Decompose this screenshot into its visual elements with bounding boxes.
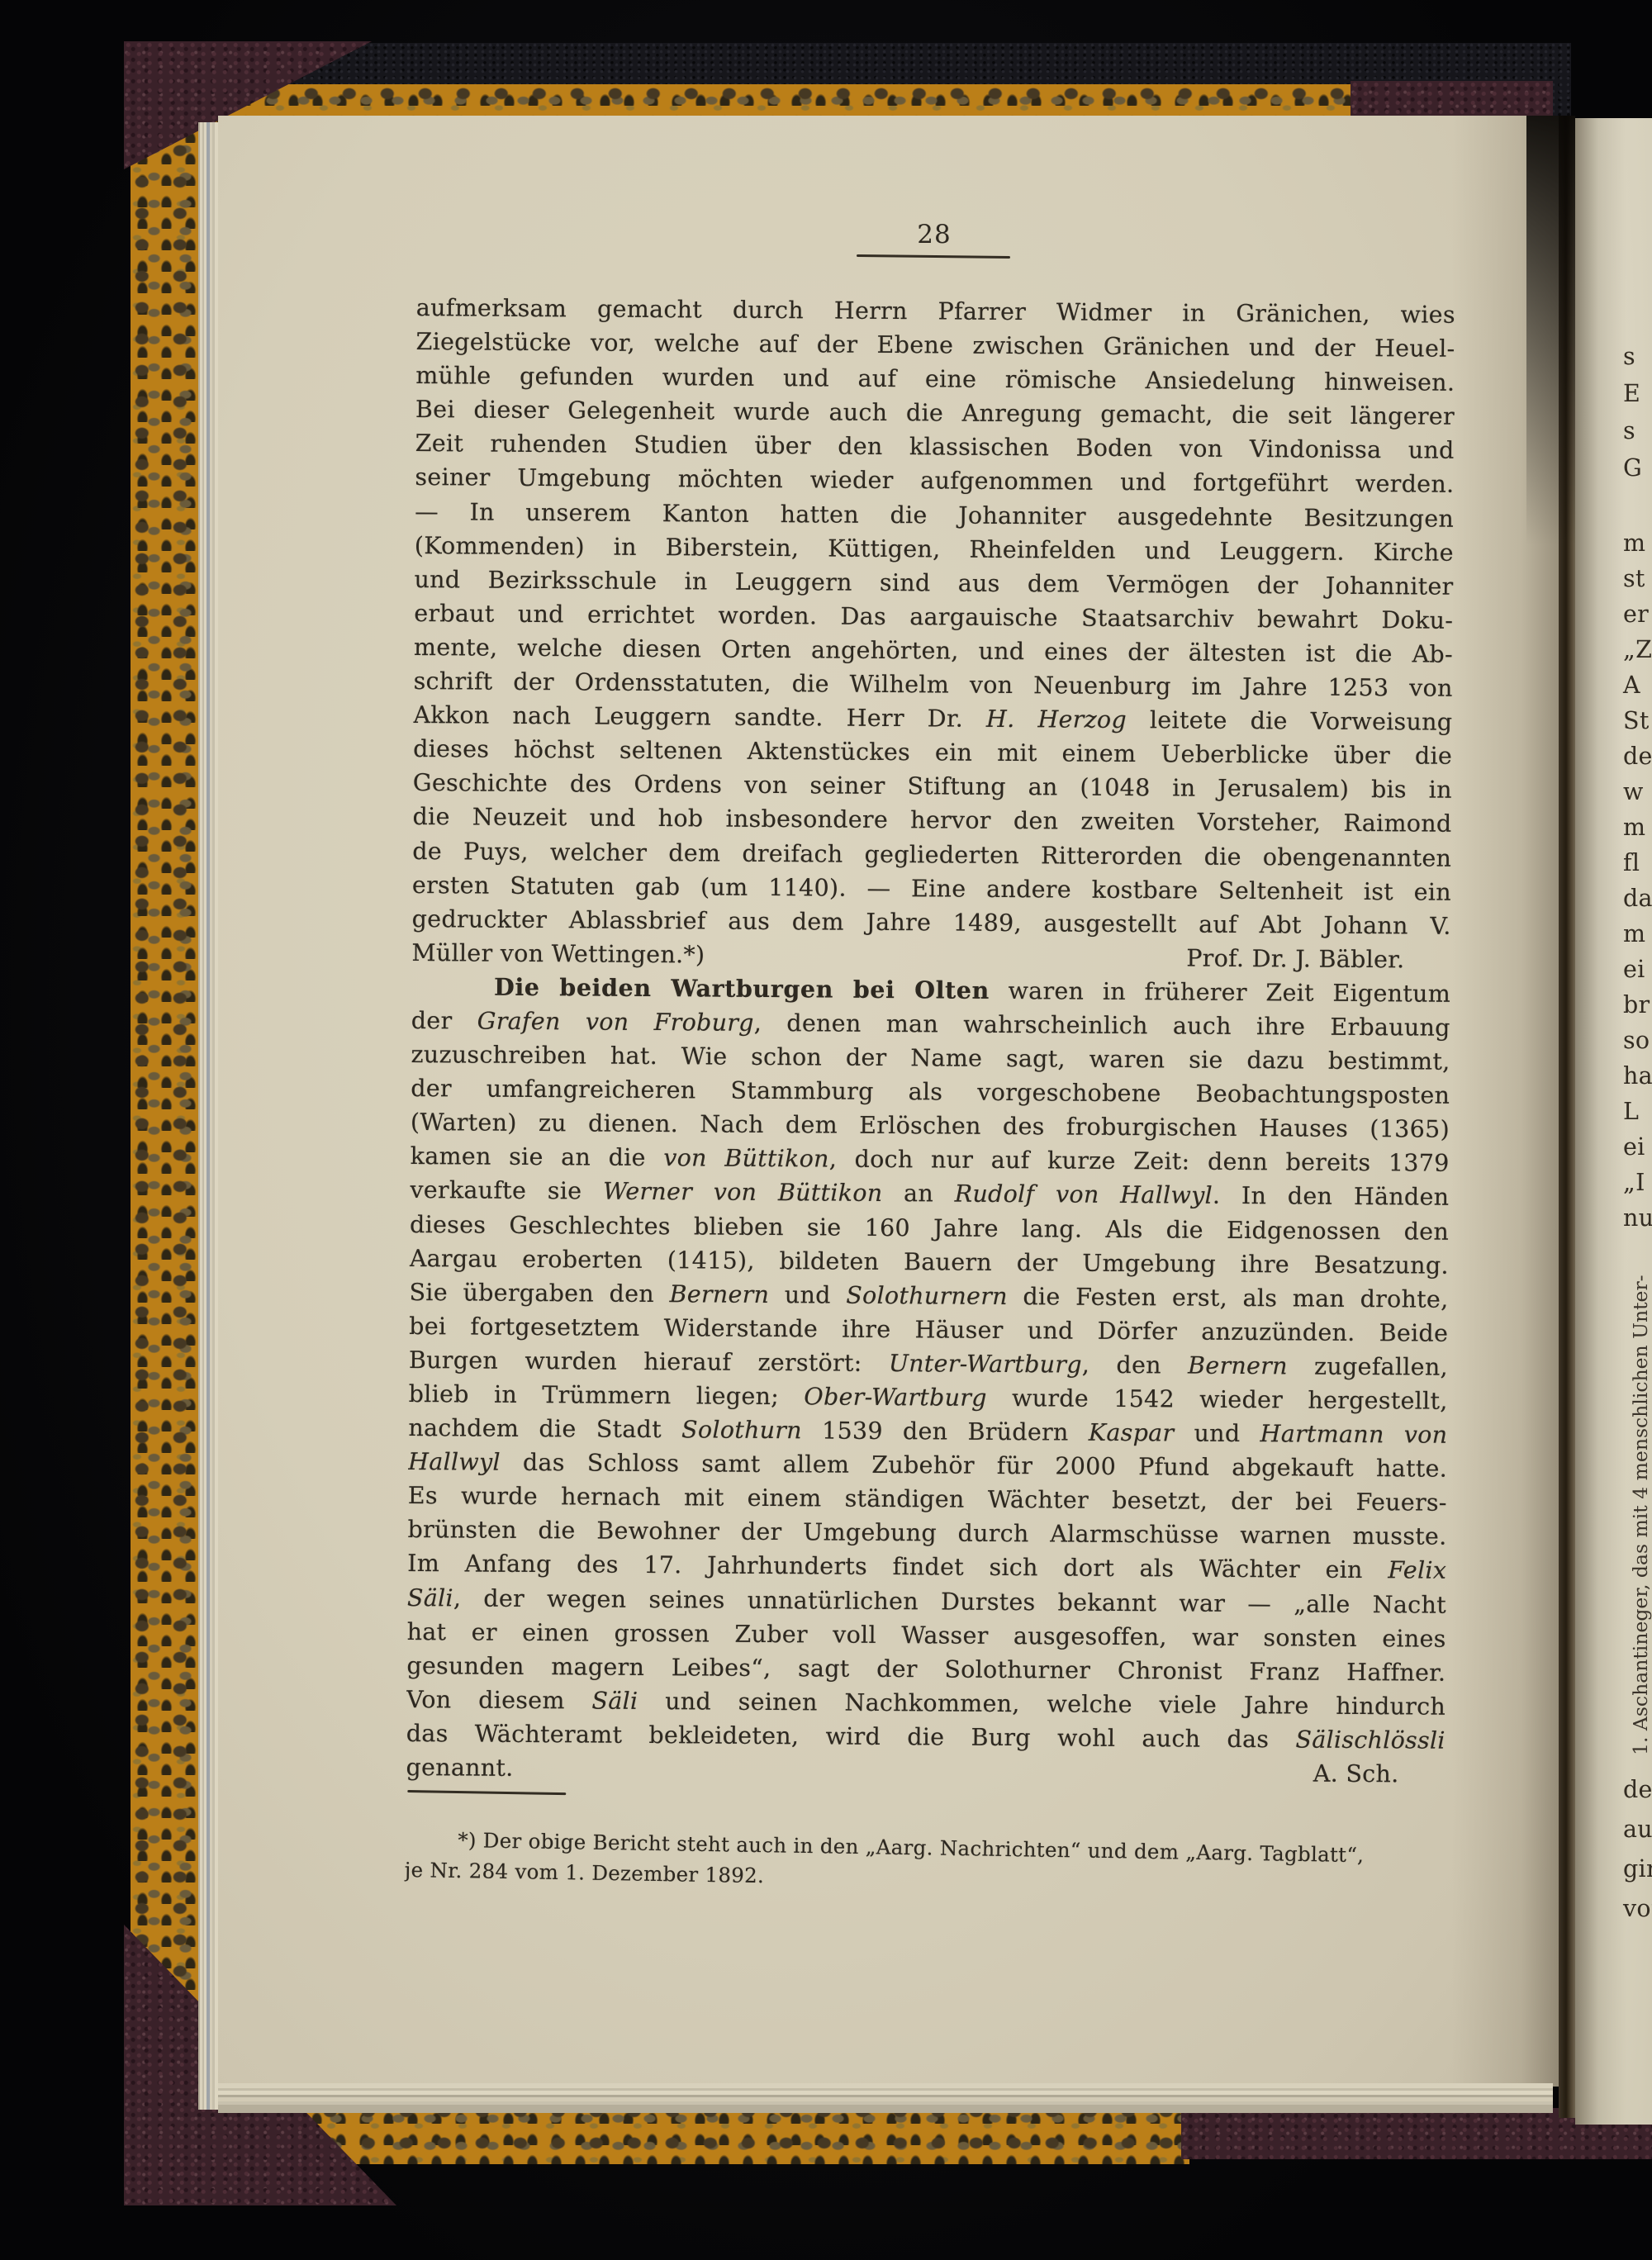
page-edge-stack-left: [198, 122, 220, 2110]
italic-text: Rudolf von Hallwyl: [955, 1180, 1213, 1209]
text-run: , der wegen seines unnatürlichen Durstes…: [453, 1584, 1446, 1618]
italic-text: von Büttikon: [663, 1144, 829, 1172]
text-run: Müller von Wettingen.*): [411, 939, 705, 968]
facing-page-fragment: von: [1623, 1895, 1652, 1922]
facing-page-fragment: so: [1623, 1027, 1650, 1054]
text-run: , den: [1082, 1351, 1188, 1379]
facing-page-fragment: m: [1623, 529, 1645, 557]
facing-page-fragment: m: [1623, 814, 1645, 841]
italic-text: H. Herzog: [986, 705, 1127, 734]
text-run: Aargau eroberten (1415), bildeten Bauern…: [410, 1245, 1449, 1280]
text-run: brünsten die Bewohner der Umgebung durch…: [407, 1516, 1446, 1550]
text-run: Zeit ruhenden Studien über den klassisch…: [415, 430, 1455, 464]
facing-page: sEsGmster„ZAStdewmfldameibrsohaLei„Inude…: [1575, 118, 1652, 2125]
facing-page-fragment: der: [1623, 1776, 1652, 1803]
text-run: Akkon nach Leuggern sandte. Herr Dr.: [413, 701, 986, 733]
facing-page-fragment: br: [1623, 991, 1650, 1018]
facing-page-fragment: L: [1623, 1098, 1639, 1125]
text-run: gesunden magern Leibes“, sagt der Soloth…: [406, 1652, 1445, 1687]
scanned-book-photo: sEsGmster„ZAStdewmfldameibrsohaLei„Inude…: [0, 0, 1652, 2260]
text-run: und: [769, 1281, 846, 1309]
italic-text: Felix: [1388, 1557, 1446, 1584]
footnote: *) Der obige Bericht steht auch in den „…: [404, 1790, 1445, 1902]
line-left: Müller von Wettingen.*): [411, 936, 705, 972]
text-run: , doch nur auf kurze Zeit: denn bereits …: [829, 1146, 1450, 1177]
italic-text: Sälischlössli: [1295, 1726, 1445, 1754]
facing-page-fragment: nu: [1623, 1204, 1652, 1232]
facing-page-fragment: da: [1623, 885, 1652, 912]
facing-page-fragment: m: [1623, 920, 1645, 947]
text-run: Von diesem: [406, 1686, 592, 1715]
text-run: 1539 den Brüdern: [802, 1417, 1089, 1446]
facing-page-fragment: er: [1623, 601, 1649, 628]
italic-text: Bernern: [1188, 1351, 1288, 1379]
facing-page-fragment: ei: [1623, 1133, 1645, 1161]
text-run: und Bezirksschule in Leuggern sind aus d…: [414, 566, 1453, 601]
line-left: genannt.: [406, 1750, 513, 1785]
facing-page-fragment: „I: [1623, 1169, 1645, 1196]
text-run: Sie übergaben den: [409, 1279, 669, 1308]
facing-page-fragment: de: [1623, 743, 1652, 770]
text-run: dieses höchst seltenen Aktenstückes ein …: [413, 735, 1452, 770]
text-run: (Kommenden) in Biberstein, Küttigen, Rhe…: [415, 532, 1454, 567]
text-run: die Festen erst, als man drohte,: [1008, 1283, 1449, 1313]
text-run: Bei dieser Gelegenheit wurde auch die An…: [415, 396, 1455, 430]
facing-page-fragment: s: [1623, 343, 1635, 370]
text-run: Geschichte des Ordens von seiner Stiftun…: [413, 769, 1452, 804]
text-run: seiner Umgebung möchten wieder aufgenomm…: [415, 463, 1454, 498]
italic-text: Solothurnern: [846, 1281, 1008, 1309]
facing-page-fragment: „Z: [1623, 636, 1652, 663]
facing-page-fragment: auf: [1623, 1816, 1652, 1843]
facing-page-fragment: gin: [1623, 1855, 1652, 1883]
text-line: genannt.A. Sch.: [406, 1750, 1445, 1792]
text-run: mente, welche diesen Orten angehörten, u…: [414, 634, 1453, 668]
text-run: . In den Händen: [1213, 1182, 1450, 1211]
facing-page-fragment: St: [1623, 707, 1650, 734]
text-run: und seinen Nachkommen, welche viele Jahr…: [638, 1688, 1445, 1721]
text-run: zugefallen,: [1288, 1352, 1448, 1380]
text-run: nachdem die Stadt: [408, 1414, 681, 1443]
italic-text: Bernern: [669, 1280, 769, 1308]
facing-page-fragment: st: [1623, 565, 1645, 592]
facing-page-fragment: ha: [1623, 1062, 1652, 1090]
italic-text: Hartmann von: [1260, 1420, 1447, 1449]
body-text: aufmerksam gemacht durch Herrn Pfarrer W…: [406, 291, 1455, 1792]
heading-text: Die beiden Wartburgen bei Olten: [494, 973, 990, 1004]
facing-page-fragment: ei: [1623, 956, 1645, 983]
caption-line-1: 1. Aschantineger, das mit 4 menschlichen…: [1629, 1305, 1652, 1755]
text-run: hat er einen grossen Zuber voll Wasser a…: [407, 1618, 1446, 1653]
text-run: der: [411, 1007, 477, 1035]
page-number: 28: [855, 220, 1014, 249]
text-run: erbaut und errichtet worden. Das aargaui…: [414, 600, 1453, 634]
facing-page-fragment: G: [1623, 454, 1642, 482]
facing-page-fragment: E: [1623, 380, 1640, 407]
italic-text: Solothurn: [681, 1416, 802, 1444]
text-run: dieses Geschlechtes blieben sie 160 Jahr…: [410, 1211, 1449, 1246]
text-run: Burgen wurden hierauf zerstört:: [409, 1346, 889, 1377]
line-right-signature: Prof. Dr. J. Bäbler.: [1186, 941, 1450, 976]
text-run: der umfangreicheren Stammburg als vorges…: [411, 1075, 1450, 1109]
text-run: und: [1174, 1420, 1260, 1448]
rotated-figure-caption: 1. Aschantineger, das mit 4 menschlichen…: [1629, 1305, 1652, 1755]
text-run: leitete die Vorweisung: [1127, 706, 1453, 736]
facing-page-fragment: s: [1623, 417, 1635, 444]
text-run: Im Anfang des 17. Jahrhunderts findet si…: [407, 1550, 1388, 1583]
italic-text: Hallwyl: [408, 1448, 501, 1476]
italic-text: Kaspar: [1089, 1419, 1175, 1447]
text-run: Es wurde hernach mit einem ständigen Wäc…: [408, 1482, 1447, 1517]
italic-text: Säli: [407, 1584, 453, 1612]
text-line: das Wächteramt bekleideten, wird die Bur…: [406, 1716, 1445, 1758]
text-run: kamen sie an die: [411, 1142, 664, 1171]
text-run: zuzuschreiben hat. Wie schon der Name sa…: [411, 1041, 1450, 1075]
text-run: an: [882, 1180, 954, 1208]
text-run: de Puys, welcher dem dreifach gegliedert…: [412, 837, 1451, 871]
page-header: 28: [855, 220, 1014, 258]
italic-text: Ober-Wartburg: [804, 1383, 987, 1412]
text-run: das Wächteramt bekleideten, wird die Bur…: [406, 1720, 1296, 1754]
text-run: bei fortgesetztem Widerstande ihre Häuse…: [409, 1313, 1448, 1347]
italic-text: Unter-Wartburg: [889, 1350, 1082, 1379]
text-run: wurde 1542 wieder hergestellt,: [987, 1384, 1448, 1415]
italic-text: Grafen von Froburg: [477, 1008, 754, 1037]
text-run: genannt.: [406, 1754, 513, 1782]
text-run: verkaufte sie: [410, 1176, 603, 1205]
text-run: gedruckter Ablassbrief aus dem Jahre 148…: [412, 905, 1451, 940]
facing-page-fragment: fl: [1623, 849, 1640, 876]
text-run: — In unserem Kanton hatten die Johannite…: [415, 498, 1454, 533]
text-run: , denen man wahrscheinlich auch ihre Erb…: [754, 1009, 1450, 1042]
footnote-separator: [407, 1790, 566, 1795]
text-run: (Warten) zu dienen. Nach dem Erlöschen d…: [411, 1109, 1450, 1143]
text-run: ersten Statuten gab (um 1140). — Eine an…: [412, 871, 1451, 906]
text-run: aufmerksam gemacht durch Herrn Pfarrer W…: [416, 294, 1455, 329]
text-run: mühle gefunden wurden und auf eine römis…: [415, 362, 1455, 396]
text-run: Ziegelstücke vor, welche auf der Ebene z…: [415, 328, 1455, 363]
text-run: blieb in Trümmern liegen;: [409, 1380, 805, 1410]
text-run: Prof. Dr. J. Bäbler.: [1186, 944, 1404, 973]
facing-page-fragment: A: [1623, 672, 1640, 699]
page-text-block: aufmerksam gemacht durch Herrn Pfarrer W…: [406, 291, 1455, 1892]
text-run: schrift der Ordensstatuten, die Wilhelm …: [414, 667, 1453, 702]
text-run: das Schloss samt allem Zubehör für 2000 …: [501, 1449, 1447, 1483]
text-run: A. Sch.: [1313, 1760, 1399, 1788]
gutter-top-shadow: [1526, 116, 1575, 545]
italic-text: Säli: [591, 1687, 638, 1714]
facing-page-fragment: w: [1623, 778, 1644, 805]
text-run: die Neuzeit und hob insbesondere hervor …: [412, 803, 1451, 838]
line-right-signature: A. Sch.: [1313, 1757, 1445, 1792]
marbled-paper-left-edge: [131, 78, 201, 2119]
text-run: waren in früherer Zeit Eigentum: [990, 977, 1450, 1008]
page-edge-stack-bottom: [218, 2083, 1553, 2113]
italic-text: Werner von Büttikon: [603, 1178, 883, 1207]
